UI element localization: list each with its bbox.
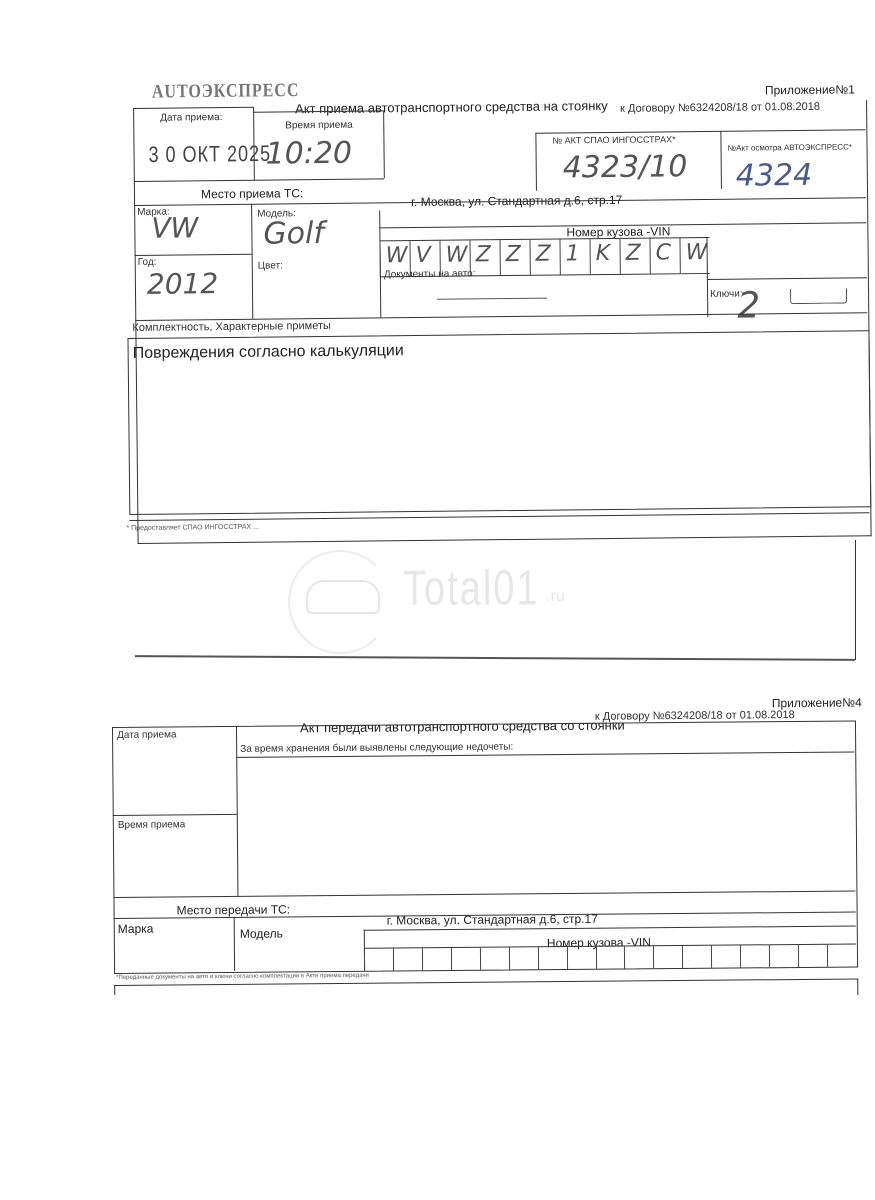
defects-area[interactable]	[236, 752, 855, 896]
vin-cell	[480, 948, 481, 970]
handover-model-label: Модель	[240, 926, 283, 940]
vin-cell	[451, 948, 452, 970]
handover-place-label: Место передачи ТС:	[177, 902, 291, 917]
vin-cell	[595, 947, 596, 969]
vin-cell	[364, 949, 365, 971]
vin-cell	[827, 945, 828, 967]
vin-cell	[711, 946, 712, 968]
handover-time-label: Время приема	[118, 819, 186, 831]
vin-cell	[682, 946, 683, 968]
handover-date-label: Дата приема	[117, 729, 177, 741]
vin-cell	[653, 946, 654, 968]
vin-cell	[509, 948, 510, 970]
vin-cell	[566, 947, 567, 969]
vin-cell	[798, 945, 799, 967]
vin-cell	[769, 945, 770, 967]
vin-cell	[740, 946, 741, 968]
appendix-label-2: Приложение№4	[772, 695, 862, 710]
vin-cell	[538, 947, 539, 969]
vin-cell	[422, 948, 423, 970]
vin-grid-2[interactable]	[364, 943, 856, 970]
vin-cell	[393, 949, 394, 971]
page-blank-bottom	[0, 995, 875, 1200]
vin-cell	[624, 947, 625, 969]
footnote-2: *Переданные документы на авто и ключи со…	[116, 973, 369, 981]
handover-brand-label: Марка	[118, 922, 154, 936]
